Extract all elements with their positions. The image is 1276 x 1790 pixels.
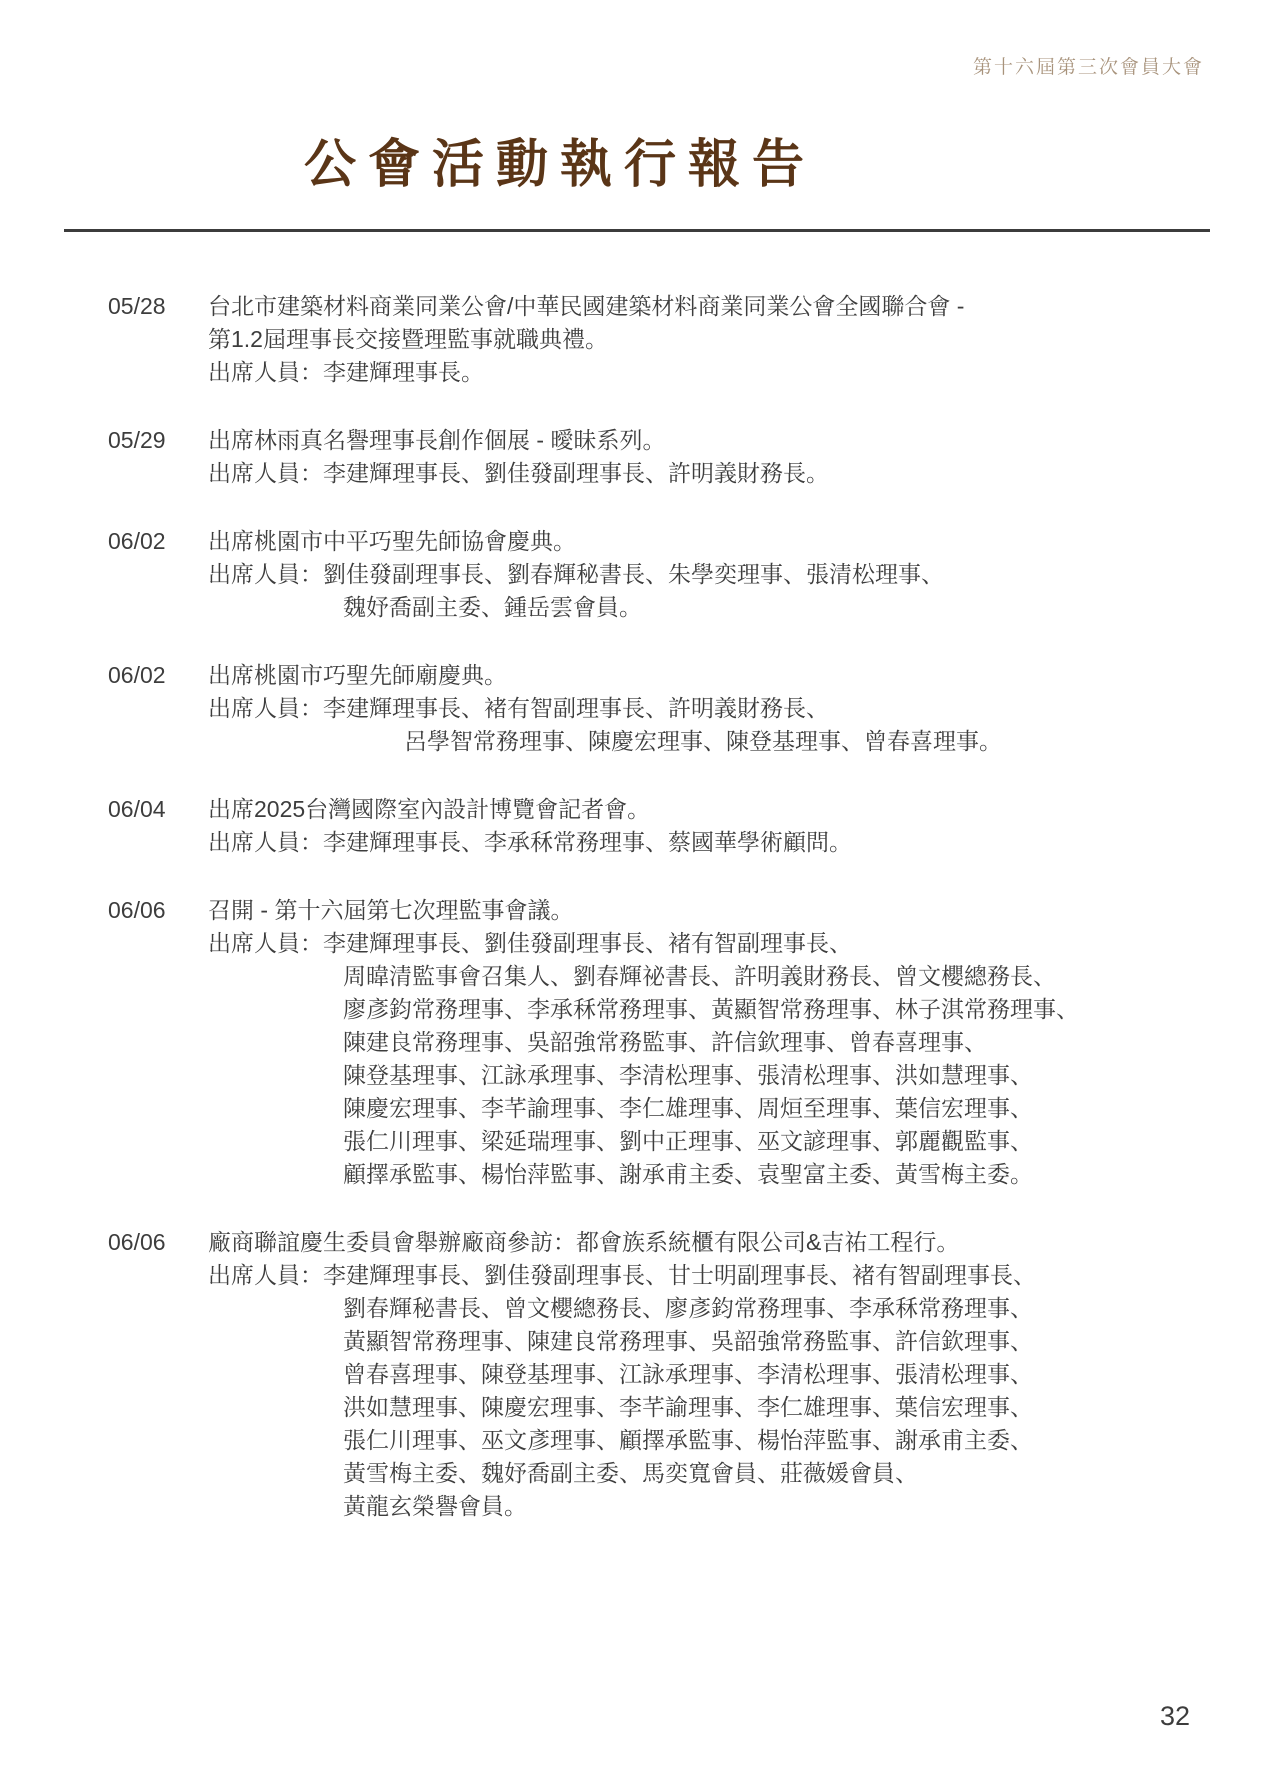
- entry-text-line: 第1.2屆理事長交接暨理監事就職典禮。: [208, 323, 1240, 356]
- activity-entry: 06/06廠商聯誼慶生委員會舉辦廠商參訪：都會族系統櫃有限公司&吉祐工程行。出席…: [108, 1226, 1240, 1523]
- entry-text-line: 台北市建築材料商業同業公會/中華民國建築材料商業同業公會全國聯合會 -: [208, 290, 1240, 323]
- entry-lines: 廠商聯誼慶生委員會舉辦廠商參訪：都會族系統櫃有限公司&吉祐工程行。出席人員：李建…: [208, 1226, 1240, 1523]
- entry-date: 06/02: [108, 525, 208, 624]
- entry-lines: 出席2025台灣國際室內設計博覽會記者會。出席人員：李建輝理事長、李承秝常務理事…: [208, 793, 1240, 859]
- entry-lines: 出席林雨真名譽理事長創作個展 - 曖昧系列。出席人員：李建輝理事長、劉佳發副理事…: [208, 424, 1240, 490]
- entry-text-line: 周暐清監事會召集人、劉春輝祕書長、許明義財務長、曾文櫻總務長、: [208, 960, 1240, 993]
- entry-text-line: 出席林雨真名譽理事長創作個展 - 曖昧系列。: [208, 424, 1240, 457]
- activity-entry: 06/02出席桃園市巧聖先師廟慶典。出席人員：李建輝理事長、褚有智副理事長、許明…: [108, 659, 1240, 758]
- entry-date: 06/06: [108, 1226, 208, 1523]
- entry-text-line: 出席2025台灣國際室內設計博覽會記者會。: [208, 793, 1240, 826]
- activity-entry: 06/02出席桃園市中平巧聖先師協會慶典。出席人員：劉佳發副理事長、劉春輝秘書長…: [108, 525, 1240, 624]
- entry-text-line: 出席人員：李建輝理事長、劉佳發副理事長、甘士明副理事長、褚有智副理事長、: [208, 1259, 1240, 1292]
- activity-entry: 05/29出席林雨真名譽理事長創作個展 - 曖昧系列。出席人員：李建輝理事長、劉…: [108, 424, 1240, 490]
- entry-lines: 召開 - 第十六屆第七次理監事會議。出席人員：李建輝理事長、劉佳發副理事長、褚有…: [208, 894, 1240, 1191]
- document-page: 第十六屆第三次會員大會 公會活動執行報告 05/28台北市建築材料商業同業公會/…: [0, 0, 1276, 1790]
- entry-lines: 台北市建築材料商業同業公會/中華民國建築材料商業同業公會全國聯合會 -第1.2屆…: [208, 290, 1240, 389]
- activity-entry: 05/28台北市建築材料商業同業公會/中華民國建築材料商業同業公會全國聯合會 -…: [108, 290, 1240, 389]
- entry-text-line: 曾春喜理事、陳登基理事、江詠承理事、李清松理事、張清松理事、: [208, 1358, 1240, 1391]
- entry-text-line: 劉春輝秘書長、曾文櫻總務長、廖彥鈞常務理事、李承秝常務理事、: [208, 1292, 1240, 1325]
- entry-text-line: 陳登基理事、江詠承理事、李清松理事、張清松理事、洪如慧理事、: [208, 1059, 1240, 1092]
- entry-text-line: 顧擇承監事、楊怡萍監事、謝承甫主委、袁聖富主委、黃雪梅主委。: [208, 1158, 1240, 1191]
- entry-text-line: 出席人員：李建輝理事長、劉佳發副理事長、褚有智副理事長、: [208, 927, 1240, 960]
- activity-entry: 06/04出席2025台灣國際室內設計博覽會記者會。出席人員：李建輝理事長、李承…: [108, 793, 1240, 859]
- entry-text-line: 出席桃園市巧聖先師廟慶典。: [208, 659, 1240, 692]
- activity-list: 05/28台北市建築材料商業同業公會/中華民國建築材料商業同業公會全國聯合會 -…: [108, 290, 1240, 1558]
- entry-text-line: 洪如慧理事、陳慶宏理事、李芊諭理事、李仁雄理事、葉信宏理事、: [208, 1391, 1240, 1424]
- entry-text-line: 出席人員：李建輝理事長。: [208, 356, 1240, 389]
- entry-text-line: 張仁川理事、梁延瑞理事、劉中正理事、巫文諺理事、郭麗觀監事、: [208, 1125, 1240, 1158]
- entry-date: 06/06: [108, 894, 208, 1191]
- entry-text-line: 黃龍玄榮譽會員。: [208, 1490, 1240, 1523]
- entry-text-line: 呂學智常務理事、陳慶宏理事、陳登基理事、曾春喜理事。: [208, 725, 1240, 758]
- entry-text-line: 黃顯智常務理事、陳建良常務理事、吳韶強常務監事、許信欽理事、: [208, 1325, 1240, 1358]
- page-title: 公會活動執行報告: [0, 122, 1120, 197]
- entry-date: 05/28: [108, 290, 208, 389]
- entry-lines: 出席桃園市巧聖先師廟慶典。出席人員：李建輝理事長、褚有智副理事長、許明義財務長、…: [208, 659, 1240, 758]
- entry-text-line: 出席桃園市中平巧聖先師協會慶典。: [208, 525, 1240, 558]
- entry-date: 06/02: [108, 659, 208, 758]
- entry-text-line: 陳建良常務理事、吳韶強常務監事、許信欽理事、曾春喜理事、: [208, 1026, 1240, 1059]
- entry-text-line: 出席人員：李建輝理事長、李承秝常務理事、蔡國華學術顧問。: [208, 826, 1240, 859]
- entry-text-line: 張仁川理事、巫文彥理事、顧擇承監事、楊怡萍監事、謝承甫主委、: [208, 1424, 1240, 1457]
- entry-text-line: 魏妤喬副主委、鍾岳雲會員。: [208, 591, 1240, 624]
- entry-text-line: 出席人員：李建輝理事長、劉佳發副理事長、許明義財務長。: [208, 457, 1240, 490]
- entry-text-line: 廠商聯誼慶生委員會舉辦廠商參訪：都會族系統櫃有限公司&吉祐工程行。: [208, 1226, 1240, 1259]
- entry-date: 05/29: [108, 424, 208, 490]
- entry-lines: 出席桃園市中平巧聖先師協會慶典。出席人員：劉佳發副理事長、劉春輝秘書長、朱學奕理…: [208, 525, 1240, 624]
- activity-entry: 06/06召開 - 第十六屆第七次理監事會議。出席人員：李建輝理事長、劉佳發副理…: [108, 894, 1240, 1191]
- entry-text-line: 陳慶宏理事、李芊諭理事、李仁雄理事、周烜至理事、葉信宏理事、: [208, 1092, 1240, 1125]
- entry-text-line: 召開 - 第十六屆第七次理監事會議。: [208, 894, 1240, 927]
- page-number: 32: [1160, 1701, 1190, 1732]
- title-divider: [64, 229, 1210, 232]
- entry-text-line: 廖彥鈞常務理事、李承秝常務理事、黃顯智常務理事、林子淇常務理事、: [208, 993, 1240, 1026]
- entry-text-line: 出席人員：李建輝理事長、褚有智副理事長、許明義財務長、: [208, 692, 1240, 725]
- entry-text-line: 黃雪梅主委、魏妤喬副主委、馬奕寬會員、莊薇媛會員、: [208, 1457, 1240, 1490]
- entry-text-line: 出席人員：劉佳發副理事長、劉春輝秘書長、朱學奕理事、張清松理事、: [208, 558, 1240, 591]
- entry-date: 06/04: [108, 793, 208, 859]
- running-header: 第十六屆第三次會員大會: [973, 52, 1204, 79]
